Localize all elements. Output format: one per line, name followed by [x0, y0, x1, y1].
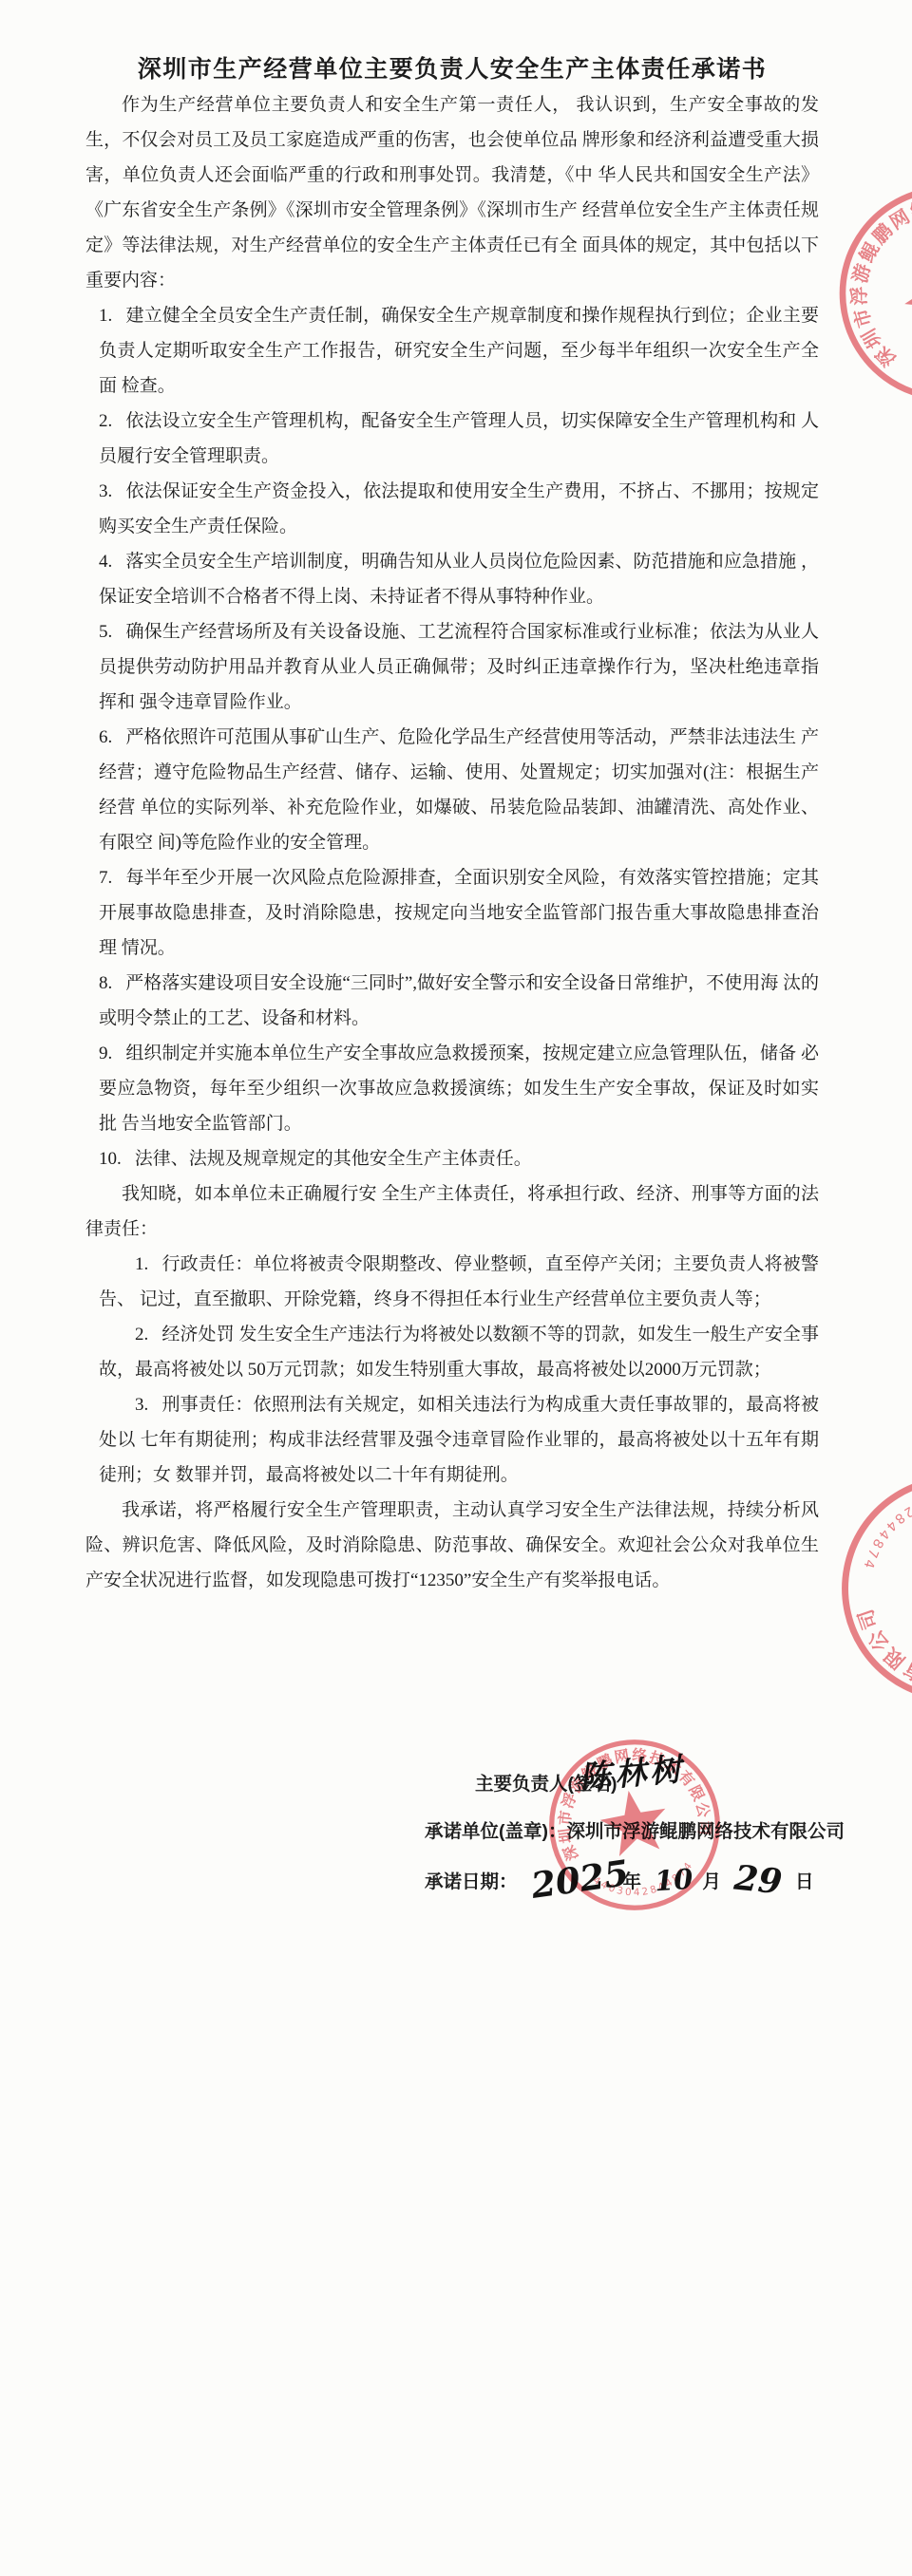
item-text: 严格落实建设项目安全设施“三同时”,做好安全警示和安全设备日常维护，不使用海 汰…: [99, 973, 819, 1028]
handwritten-month: 10: [654, 1862, 694, 1900]
item-number: 2.: [135, 1325, 148, 1344]
month-unit-label: 月: [702, 1871, 721, 1892]
seal-number-text: 4403042844874: [844, 1469, 912, 1578]
seal-company-text: 深圳市浮游鲲鹏网络技术有限公司: [849, 1505, 912, 1730]
handwritten-day: 29: [732, 1860, 784, 1900]
day-unit-label: 日: [795, 1871, 814, 1892]
item-number: 9.: [99, 1044, 112, 1063]
handwritten-year: 2025: [528, 1855, 630, 1904]
seal-star-icon: [898, 1533, 912, 1650]
item-number: 7.: [99, 868, 112, 888]
seal-star-icon: [888, 235, 912, 346]
responsibility-item: 3.依法保证安全生产资金投入，依法提取和使用安全生产费用，不挤占、不挪用；按规定…: [85, 474, 819, 544]
document-body: 深圳市生产经营单位主要负责人安全生产主体责任承诺书 作为生产经营单位主要负责人和…: [85, 0, 819, 1598]
promise-paragraph: 我承诺，将严格履行安全生产管理职责，主动认真学习安全生产法律法规，持续分析风 险…: [85, 1493, 819, 1598]
intro-paragraph: 作为生产经营单位主要负责人和安全生产第一责任人， 我认识到，生产安全事故的发生，…: [85, 87, 819, 298]
item-text: 每半年至少开展一次风险点危险源排查，全面识别安全风险，有效落实管控措施；定其 开…: [99, 868, 819, 958]
responsibility-item: 9.组织制定并实施本单位生产安全事故应急救援预案，按规定建立应急管理队伍，储备 …: [85, 1036, 819, 1141]
date-row: 承诺日期：2025年10月29日: [425, 1858, 818, 1900]
leader-handwritten-signature: 陈林树: [579, 1751, 687, 1796]
item-text: 严格依照许可范围从事矿山生产、危险化学品生产经营使用等活动，严禁非法违法生 产经…: [99, 727, 819, 853]
item-text: 组织制定并实施本单位生产安全事故应急救援预案，按规定建立应急管理队伍，储备 必要…: [99, 1044, 819, 1134]
responsibility-item: 5.确保生产经营场所及有关设备设施、工艺流程符合国家标准或行业标准；依法为从业人…: [85, 614, 819, 720]
scanned-document-page: 深圳市生产经营单位主要负责人安全生产主体责任承诺书 作为生产经营单位主要负责人和…: [0, 0, 912, 2576]
item-text: 法律、法规及规章规定的其他安全生产主体责任。: [135, 1149, 532, 1169]
item-text: 刑事责任：依照刑法有关规定，如相关违法行为构成重大责任事故罪的，最高将被处以 七…: [99, 1395, 819, 1485]
svg-text:深圳市浮游鲲鹏网络技术有限公司: 深圳市浮游鲲鹏网络技术有限公司: [812, 159, 912, 373]
seal-ring: [804, 1438, 912, 1739]
responsibility-item: 2.依法设立安全生产管理机构，配备安全生产管理人员，切实保障安全生产管理机构和 …: [85, 404, 819, 474]
responsibility-item: 4.落实全员安全生产培训制度，明确告知从业人员岗位危险因素、防范措施和应急措施 …: [85, 544, 819, 614]
item-text: 依法设立安全生产管理机构，配备安全生产管理人员，切实保障安全生产管理机构和 人员…: [99, 411, 819, 466]
liability-item: 2.经济处罚 发生安全生产违法行为将被处以数额不等的罚款，如发生一般生产安全事故…: [85, 1317, 819, 1387]
seal-ring: [803, 149, 912, 437]
svg-text:深圳市浮游鲲鹏网络技术有限公司: 深圳市浮游鲲鹏网络技术有限公司: [849, 1505, 912, 1730]
item-text: 建立健全全员安全生产责任制，确保安全生产规章制度和操作规程执行到位；企业主要 负…: [99, 306, 819, 396]
item-number: 1.: [135, 1254, 148, 1274]
item-number: 10.: [99, 1149, 122, 1169]
unit-row: 承诺单位(盖章)：深圳市浮游鲲鹏网络技术有限公司: [425, 1814, 845, 1850]
item-number: 3.: [135, 1395, 148, 1415]
unit-label: 承诺单位(盖章)：: [425, 1821, 567, 1842]
responsibility-item: 8.严格落实建设项目安全设施“三同时”,做好安全警示和安全设备日常维护，不使用海…: [85, 966, 819, 1036]
liability-item: 3.刑事责任：依照刑法有关规定，如相关违法行为构成重大责任事故罪的，最高将被处以…: [85, 1387, 819, 1493]
item-text: 落实全员安全生产培训制度，明确告知从业人员岗位危险因素、防范措施和应急措施 ，保…: [99, 552, 819, 607]
item-text: 确保生产经营场所及有关设备设施、工艺流程符合国家标准或行业标准；依法为从业人 员…: [99, 622, 819, 712]
item-text: 依法保证安全生产资金投入，依法提取和使用安全生产费用，不挤占、不挪用；按规定 购…: [99, 481, 819, 536]
item-number: 4.: [99, 552, 112, 572]
liability-item: 1.行政责任：单位将被责令限期整改、停业整顿，直至停产关闭；主要负责人将被警告、…: [85, 1247, 819, 1317]
seal-company-text: 深圳市浮游鲲鹏网络技术有限公司: [812, 159, 912, 373]
responsibility-item: 10.法律、法规及规章规定的其他安全生产主体责任。: [85, 1141, 819, 1176]
item-text: 经济处罚 发生安全生产违法行为将被处以数额不等的罚款，如发生一般生产安全事故，最…: [99, 1325, 819, 1380]
item-number: 1.: [99, 306, 112, 326]
item-number: 3.: [99, 481, 112, 501]
svg-text:4403042844874: 4403042844874: [844, 1469, 912, 1578]
responsibility-item: 1.建立健全全员安全生产责任制，确保安全生产规章制度和操作规程执行到位；企业主要…: [85, 298, 819, 404]
item-number: 2.: [99, 411, 112, 431]
responsibility-list: 1.建立健全全员安全生产责任制，确保安全生产规章制度和操作规程执行到位；企业主要…: [85, 298, 819, 1176]
responsibility-item: 7.每半年至少开展一次风险点危险源排查，全面识别安全风险，有效落实管控措施；定其…: [85, 860, 819, 966]
liability-list: 1.行政责任：单位将被责令限期整改、停业整顿，直至停产关闭；主要负责人将被警告、…: [85, 1247, 819, 1493]
responsibility-item: 6.严格依照许可范围从事矿山生产、危险化学品生产经营使用等活动，严禁非法违法生 …: [85, 720, 819, 860]
date-label: 承诺日期：: [425, 1871, 518, 1892]
liability-intro-paragraph: 我知晓，如本单位未正确履行安 全生产主体责任，将承担行政、经济、刑事等方面的法律…: [85, 1176, 819, 1247]
page-title: 深圳市生产经营单位主要负责人安全生产主体责任承诺书: [85, 0, 819, 87]
item-number: 8.: [99, 973, 112, 993]
item-number: 6.: [99, 727, 112, 747]
item-number: 5.: [99, 622, 112, 642]
item-text: 行政责任：单位将被责令限期整改、停业整顿，直至停产关闭；主要负责人将被警告、 记…: [99, 1254, 819, 1309]
unit-name: 深圳市浮游鲲鹏网络技术有限公司: [567, 1821, 845, 1842]
